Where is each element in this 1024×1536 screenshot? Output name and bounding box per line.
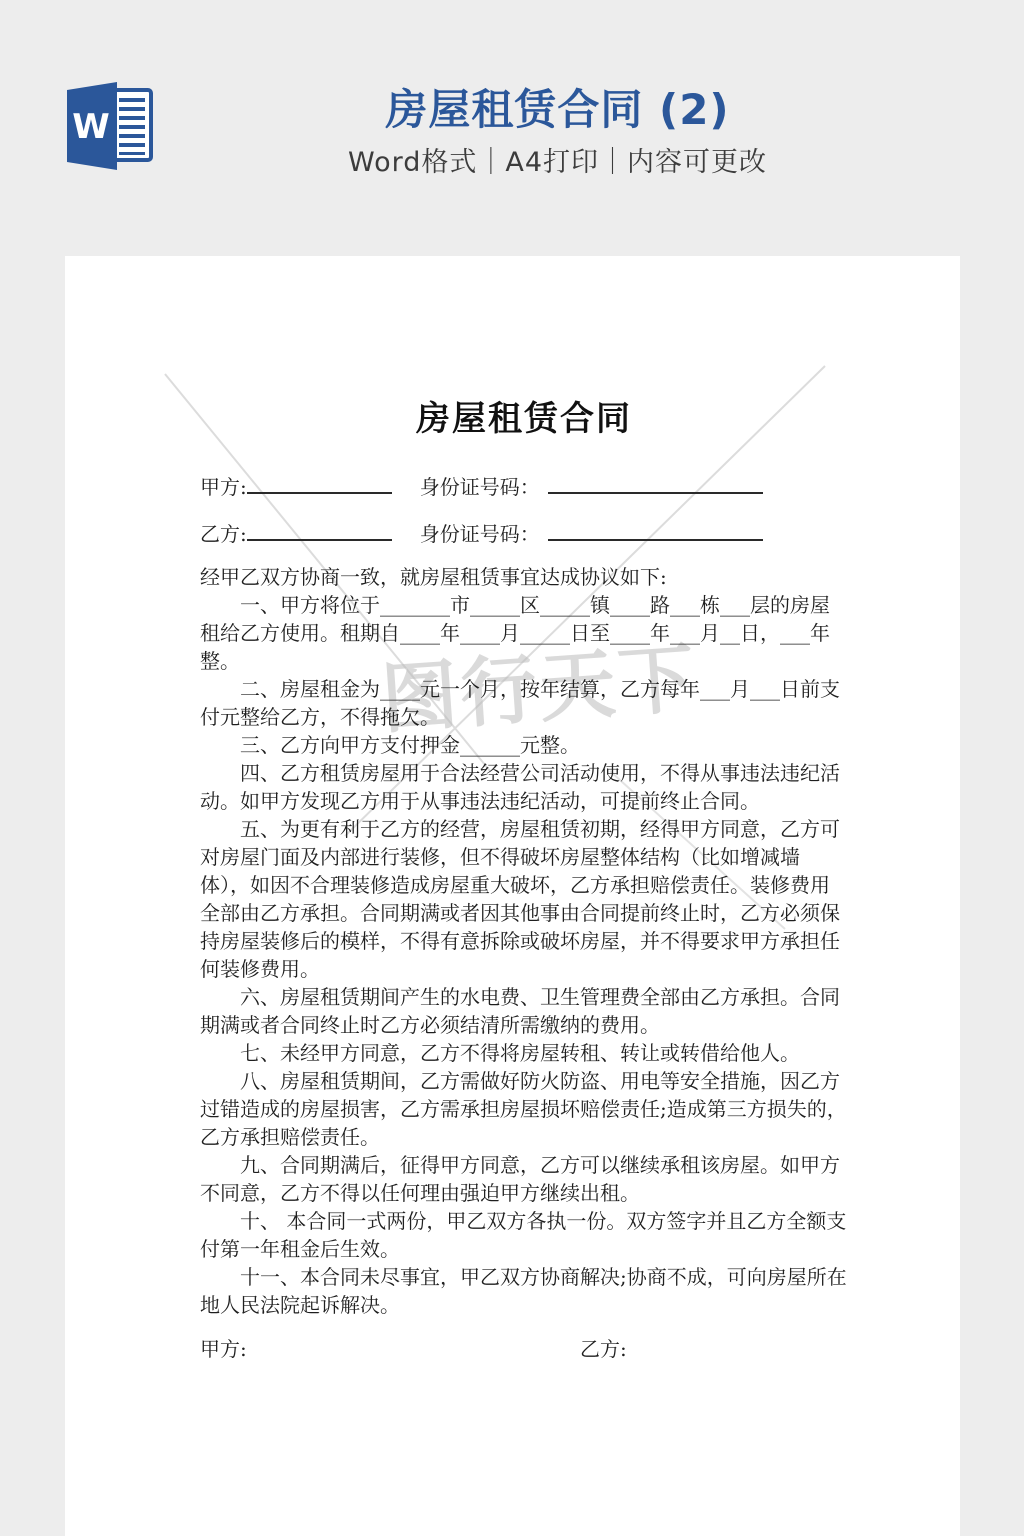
contract-clause: 三、乙方向甲方支付押金______元整。	[200, 731, 848, 759]
party-a-row: 甲方:身份证号码：	[200, 474, 848, 500]
listing-subtitle: Word格式｜A4打印｜内容可更改	[155, 146, 960, 180]
contract-clause: 四、乙方租赁房屋用于合法经营公司活动使用，不得从事违法违纪活动。如甲方发现乙方用…	[200, 759, 848, 815]
document-page: 图行天下 房屋租赁合同 甲方:身份证号码： 乙方:身份证号码： 经甲乙双方协商一…	[65, 256, 960, 1536]
contract-clause: 九、合同期满后，征得甲方同意，乙方可以继续承租该房屋。如甲方不同意，乙方不得以任…	[200, 1151, 848, 1207]
header-text-block: 房屋租赁合同 (2) Word格式｜A4打印｜内容可更改	[155, 86, 960, 180]
party-b-label: 乙方:	[200, 522, 247, 546]
template-preview-page: W 房屋租赁合同 (2) Word格式｜A4打印｜内容可更改 图行天下 房屋租赁…	[0, 0, 1024, 1536]
party-a-id-blank	[548, 474, 763, 494]
contract-title: 房屋租赁合同	[200, 398, 848, 440]
party-a-id-label: 身份证号码：	[420, 475, 540, 499]
signature-party-b: 乙方:	[580, 1337, 627, 1361]
party-b-name-blank	[247, 521, 392, 541]
contract-intro: 经甲乙双方协商一致，就房屋租赁事宜达成协议如下:	[200, 563, 848, 591]
contract-clause: 八、房屋租赁期间，乙方需做好防火防盗、用电等安全措施，因乙方过错造成的房屋损害，…	[200, 1067, 848, 1151]
listing-title: 房屋租赁合同 (2)	[155, 86, 960, 134]
party-b-id-label: 身份证号码：	[420, 522, 540, 546]
word-icon-letter: W	[72, 107, 110, 147]
contract-clause: 五、为更有利于乙方的经营，房屋租赁初期，经得甲方同意，乙方可对房屋门面及内部进行…	[200, 815, 848, 983]
contract-clauses: 一、甲方将位于_______市_____区_____镇____路___栋___层…	[200, 591, 848, 1319]
contract-clause: 十、 本合同一式两份，甲乙双方各执一份。双方签字并且乙方全额支付第一年租金后生效…	[200, 1207, 848, 1263]
signature-row: 甲方:乙方:	[200, 1335, 848, 1363]
contract-clause: 六、房屋租赁期间产生的水电费、卫生管理费全部由乙方承担。合同期满或者合同终止时乙…	[200, 983, 848, 1039]
party-a-label: 甲方:	[200, 475, 247, 499]
party-b-row: 乙方:身份证号码：	[200, 521, 848, 547]
contract-clause: 七、未经甲方同意，乙方不得将房屋转租、转让或转借给他人。	[200, 1039, 848, 1067]
signature-party-a: 甲方:	[200, 1335, 580, 1363]
contract-clause: 一、甲方将位于_______市_____区_____镇____路___栋___层…	[200, 591, 848, 675]
contract-clause: 十一、本合同未尽事宜，甲乙双方协商解决;协商不成，可向房屋所在地人民法院起诉解决…	[200, 1263, 848, 1319]
contract-clause: 二、房屋租金为____元一个月，按年结算，乙方每年___月___日前支付元整给乙…	[200, 675, 848, 731]
word-icon: W	[65, 82, 155, 172]
party-a-name-blank	[247, 474, 392, 494]
party-b-id-blank	[548, 521, 763, 541]
